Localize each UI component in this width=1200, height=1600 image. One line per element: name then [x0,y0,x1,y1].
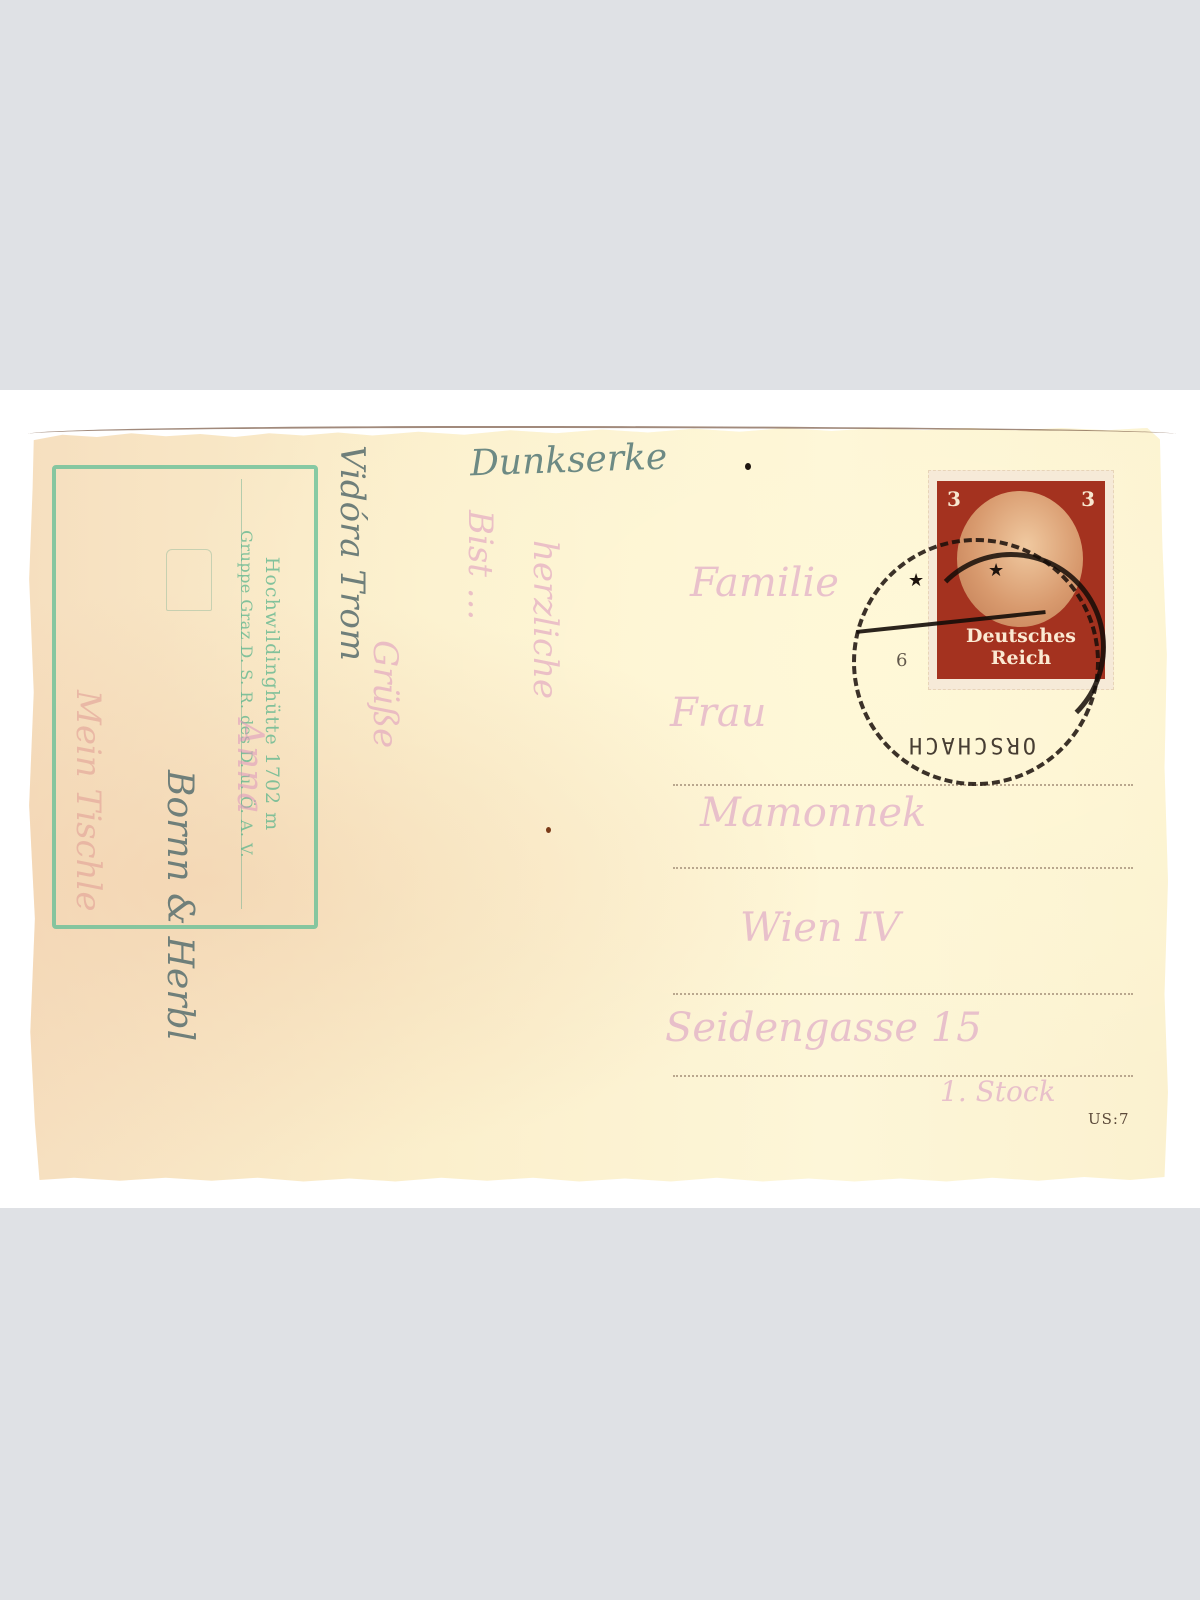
pink-message-col-3: Grüße [365,640,405,748]
stamp-value-left: 3 [947,487,961,511]
address-line-4 [673,1075,1133,1077]
star-icon: ★ [908,570,924,591]
handwriting-gray-vertical: Vidóra Trom [332,445,372,661]
address-text-2: Frau [670,690,766,736]
handwriting-gray-signature: Bornn & Herbl [159,770,200,1041]
address-text-5: Seidengasse 15 [665,1005,982,1051]
stamp-value-right: 3 [1081,487,1095,511]
address-text-3: Mamonnek [700,790,926,836]
postmark-place: ORSCHACH [906,732,1036,757]
star-icon: ★ [988,560,1004,581]
stamp-sketch [166,549,212,611]
postmark-date: 6 [896,650,907,671]
address-line-1 [673,784,1133,786]
address-text-6: 1. Stock [940,1075,1056,1108]
ink-speck [546,827,551,833]
pink-message-col-2: herzliche [525,540,565,699]
handwriting-top-title: Dunkserke [469,437,667,485]
pink-message-col-4: Anna [229,720,270,814]
handwriting-salmon-vertical: Mein Tischle [68,690,108,911]
print-code: US:7 [1088,1110,1130,1128]
pink-message-col-1: Bist ... [460,510,500,620]
address-line-2 [673,867,1133,869]
address-text-4: Wien IV [740,905,900,951]
address-text-1: Familie [690,560,839,606]
address-line-3 [673,993,1133,995]
postmark-arc [916,552,1106,742]
postmark-cancellation: ★ ★ 6 ORSCHACH [852,538,1100,786]
ink-dot [745,463,751,470]
